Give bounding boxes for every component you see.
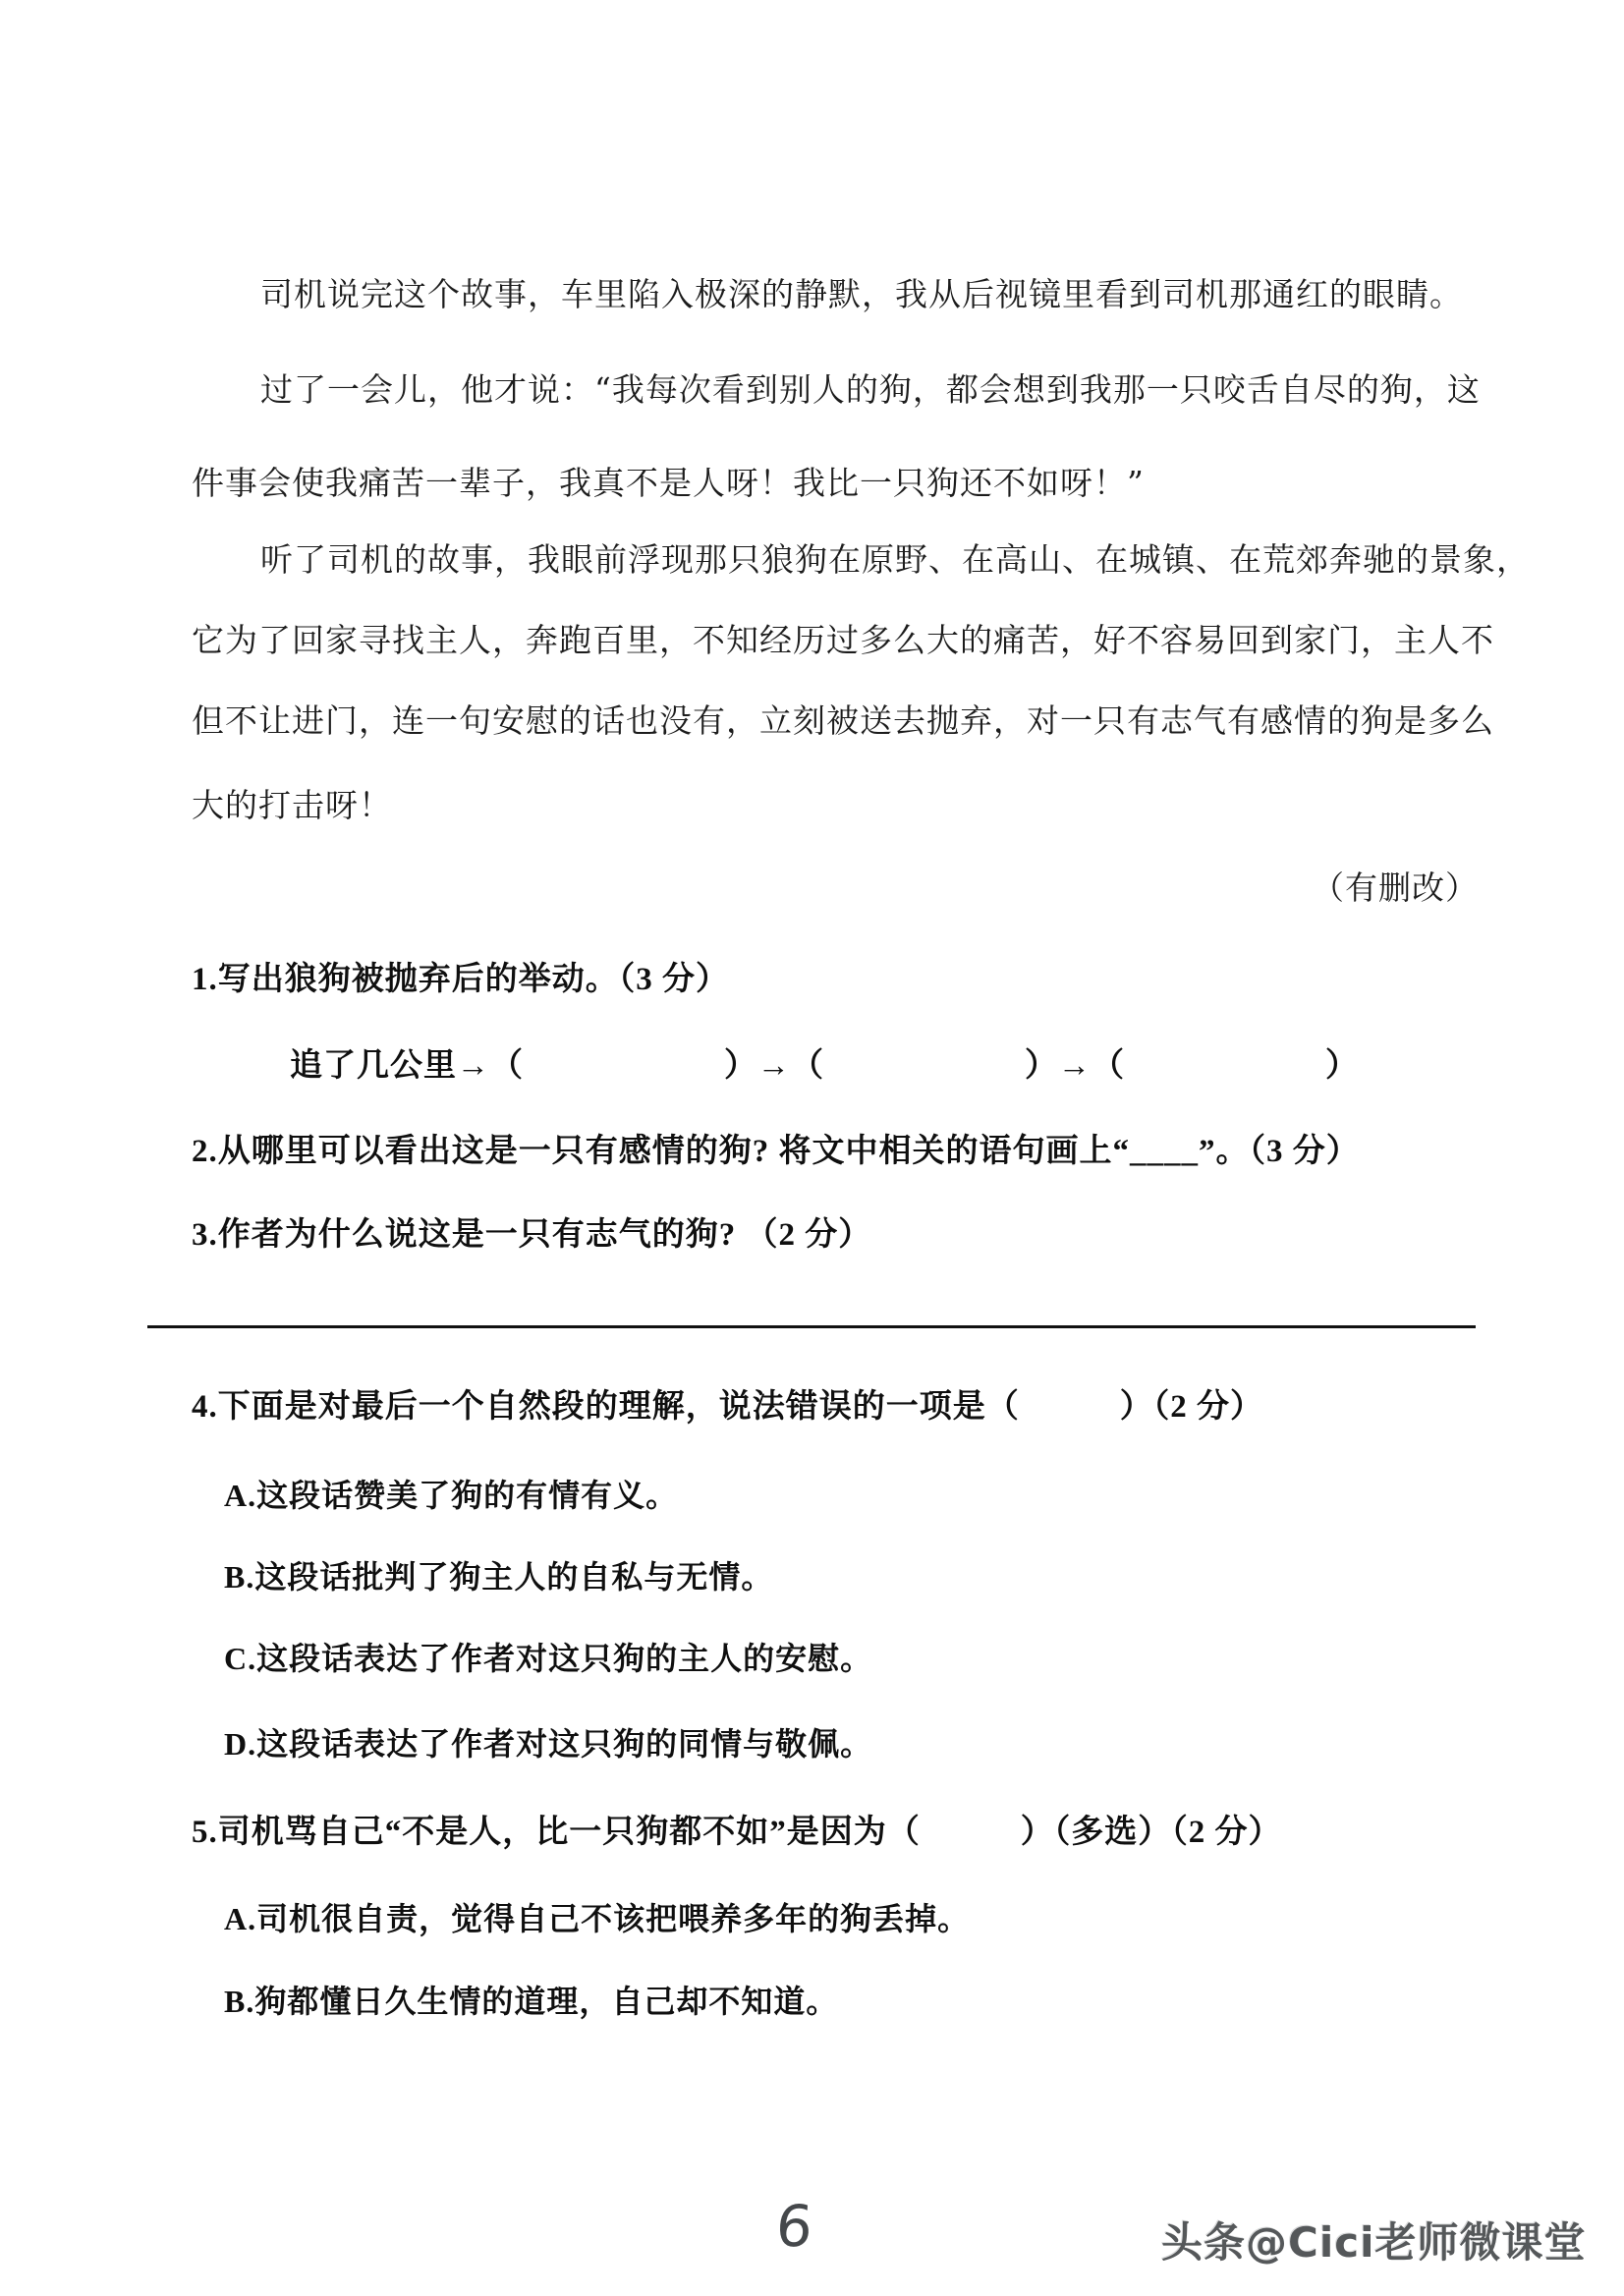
question-4-option-c: C.这段话表达了作者对这只狗的主人的安慰。: [224, 1634, 872, 1679]
question-4-option-d: D.这段话表达了作者对这只狗的同情与敬佩。: [224, 1719, 872, 1764]
question-4-option-b: B.这段话批判了狗主人的自私与无情。: [224, 1552, 773, 1597]
question-5-option-b: B.狗都懂日久生情的道理，自己却不知道。: [224, 1977, 838, 2022]
passage-line: 听了司机的故事，我眼前浮现那只狼狗在原野、在高山、在城镇、在荒郊奔驰的景象，: [260, 540, 1530, 580]
question-2-title: 2.从哪里可以看出这是一只有感情的狗? 将文中相关的语句画上“____”。（3 …: [192, 1125, 1360, 1171]
question-5-title: 5.司机骂自己“不是人，比一只狗都不如”是因为（ ）（多选）（2 分）: [192, 1806, 1282, 1852]
question-1-blank-flow: 追了几公里→（ ）→（ ）→（ ）: [290, 1039, 1359, 1086]
question-3-title: 3.作者为什么说这是一只有志气的狗? （2 分）: [192, 1208, 871, 1255]
passage-line: 大的打击呀！: [192, 786, 392, 825]
passage-line: 过了一会儿，他才说：“我每次看到别人的狗，都会想到我那一只咬舌自尽的狗，这: [260, 370, 1481, 410]
page-number: 6: [774, 2193, 815, 2260]
answer-rule-line: [147, 1325, 1476, 1328]
question-1-title: 1.写出狼狗被抛弃后的举动。（3 分）: [192, 953, 729, 999]
passage-line: 司机说完这个故事，车里陷入极深的静默，我从后视镜里看到司机那通红的眼睛。: [260, 275, 1463, 314]
question-4-title: 4.下面是对最后一个自然段的理解，说法错误的一项是（ ）（2 分）: [192, 1380, 1263, 1427]
question-4-option-a: A.这段话赞美了狗的有情有义。: [224, 1471, 678, 1516]
passage-line: 件事会使我痛苦一辈子，我真不是人呀！我比一只狗还不如呀！”: [192, 464, 1145, 503]
passage-line: 它为了回家寻找主人，奔跑百里，不知经历过多么大的痛苦，好不容易回到家门，主人不: [192, 621, 1494, 660]
passage-attribution: （有删改）: [1312, 863, 1479, 909]
question-5-option-a: A.司机很自责，觉得自己不该把喂养多年的狗丢掉。: [224, 1894, 970, 1939]
worksheet-page: 司机说完这个故事，车里陷入极深的静默，我从后视镜里看到司机那通红的眼睛。 过了一…: [0, 0, 1624, 2296]
passage-line: 但不让进门，连一句安慰的话也没有，立刻被送去抛弃，对一只有志气有感情的狗是多么: [192, 701, 1494, 741]
watermark: 头条@Cici老师微课堂: [1161, 2211, 1587, 2269]
